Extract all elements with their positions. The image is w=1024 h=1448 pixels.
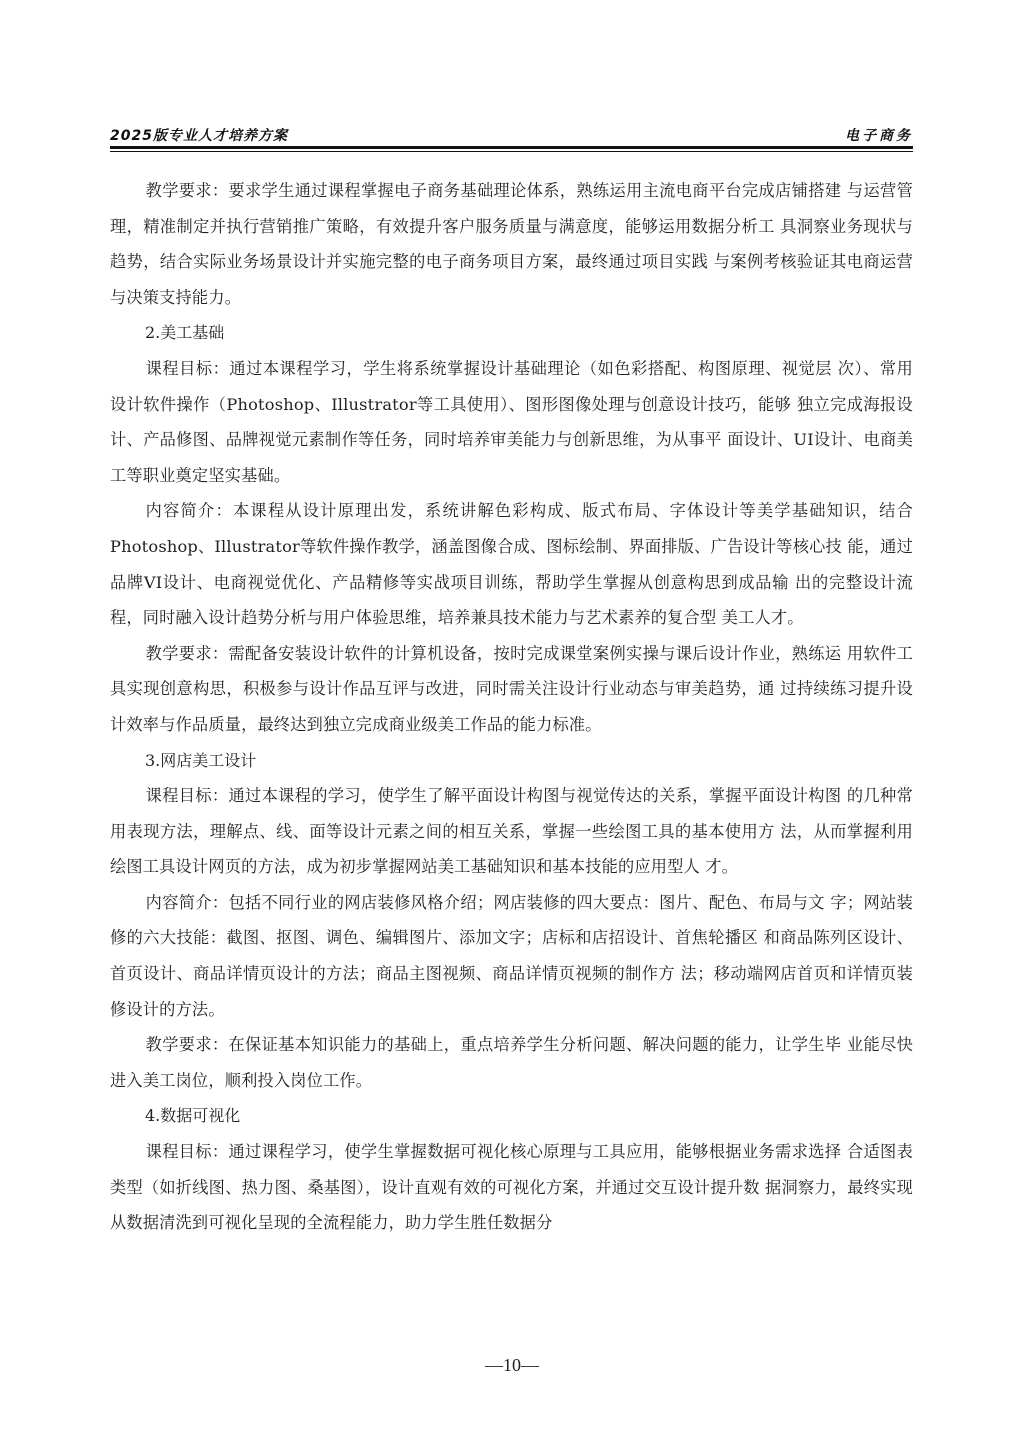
paragraph-ecommerce-teaching-requirements: 教学要求：要求学生通过课程掌握电子商务基础理论体系，熟练运用主流电商平台完成店铺… <box>110 173 913 315</box>
section-heading-shop-design: 3.网店美工设计 <box>110 743 913 779</box>
paragraph-shop-design-objectives: 课程目标：通过本课程的学习，使学生了解平面设计构图与视觉传达的关系，掌握平面设计… <box>110 778 913 885</box>
page-number: —10— <box>0 1355 1024 1376</box>
page-header: 2025版专业人才培养方案 电子商务 <box>110 125 913 145</box>
section-heading-data-visualization: 4.数据可视化 <box>110 1098 913 1134</box>
paragraph-shop-design-requirements: 教学要求：在保证基本知识能力的基础上，重点培养学生分析问题、解决问题的能力，让学… <box>110 1027 913 1098</box>
paragraph-art-basics-requirements: 教学要求：需配备安装设计软件的计算机设备，按时完成课堂案例实操与课后设计作业，熟… <box>110 636 913 743</box>
paragraph-art-basics-content: 内容简介：本课程从设计原理出发，系统讲解色彩构成、版式布局、字体设计等美学基础知… <box>110 493 913 635</box>
header-rule-thick <box>110 146 913 149</box>
page-body: 教学要求：要求学生通过课程掌握电子商务基础理论体系，熟练运用主流电商平台完成店铺… <box>110 173 913 1241</box>
document-title: 2025版专业人才培养方案 <box>110 125 288 145</box>
section-heading-art-basics: 2.美工基础 <box>110 315 913 351</box>
paragraph-data-visualization-objectives: 课程目标：通过课程学习，使学生掌握数据可视化核心原理与工具应用，能够根据业务需求… <box>110 1134 913 1241</box>
major-name: 电子商务 <box>845 125 913 145</box>
paragraph-shop-design-content: 内容简介：包括不同行业的网店装修风格介绍；网店装修的四大要点：图片、配色、布局与… <box>110 885 913 1027</box>
paragraph-art-basics-objectives: 课程目标：通过本课程学习，学生将系统掌握设计基础理论（如色彩搭配、构图原理、视觉… <box>110 351 913 493</box>
header-rule-thin <box>110 151 913 152</box>
